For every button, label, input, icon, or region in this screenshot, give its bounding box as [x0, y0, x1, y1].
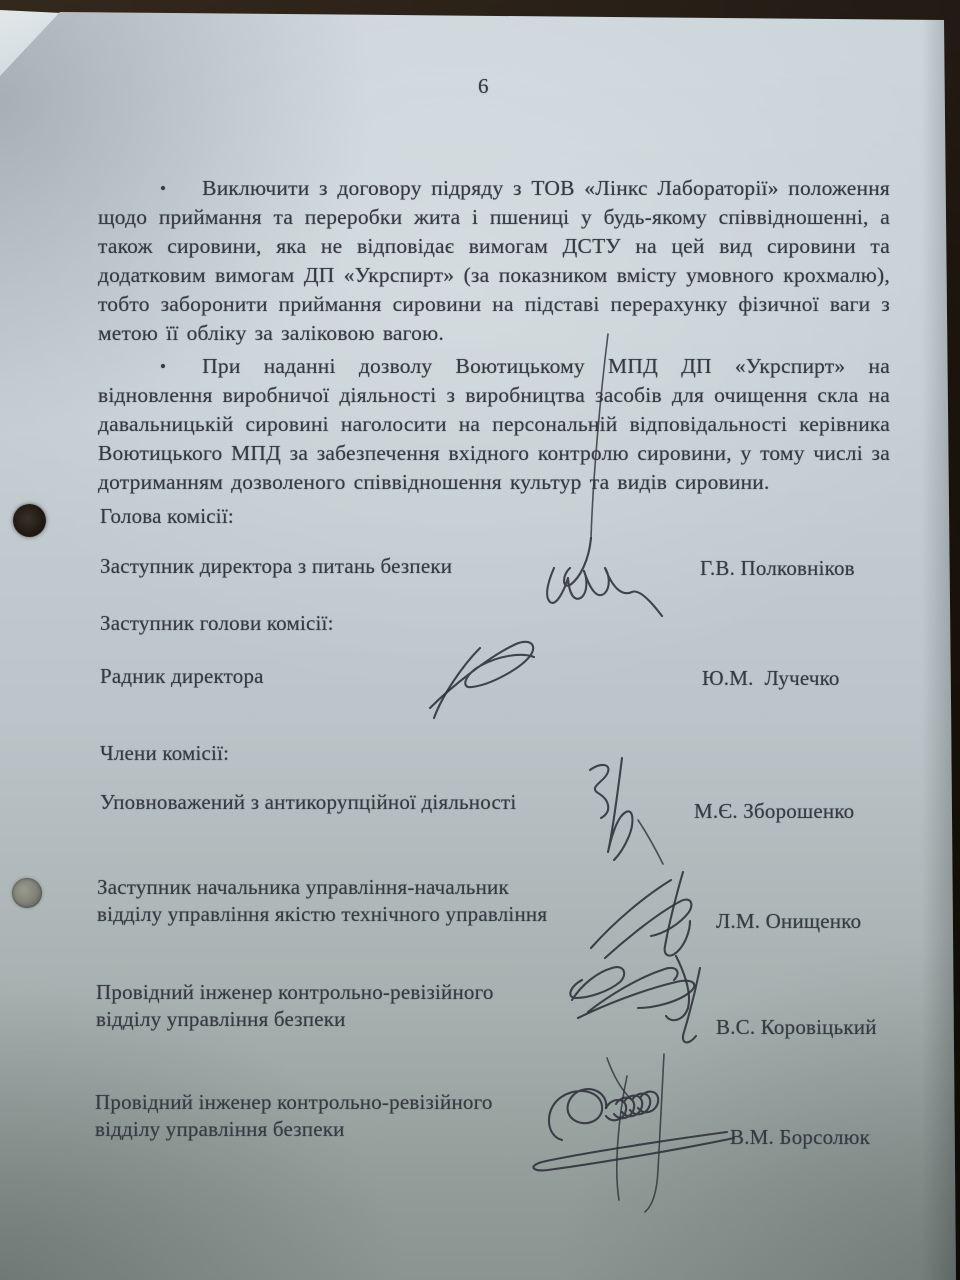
borsoliuk-signature: [512, 1048, 747, 1216]
luchechko-signature: [418, 628, 553, 723]
hole-punch-top: [13, 504, 46, 537]
table-background: 6 •Виключити з договору підряду з ТОВ «Л…: [0, 0, 960, 1280]
signatory-name: М.Є. Зборошенко: [694, 798, 854, 825]
signatory-name: Г.В. Полковніков: [700, 555, 855, 582]
paragraph-text: Виключити з договору підряду з ТОВ «Лінк…: [98, 176, 890, 345]
bullet-icon: •: [160, 179, 166, 198]
signatory-title-line2: відділу управління якістю технічного упр…: [97, 901, 547, 928]
bullet-icon: •: [160, 357, 166, 376]
signatory-title: Провідний інженер контрольно-ревізійного…: [96, 979, 494, 1033]
signatory-title-line2: відділу управління безпеки: [95, 1116, 493, 1143]
polkovnikov-signature: [530, 328, 700, 623]
signatory-title: Провідний інженер контрольно-ревізійного…: [95, 1089, 493, 1143]
bullet-paragraph: •Виключити з договору підряду з ТОВ «Лін…: [98, 174, 890, 348]
section-heading-members: Члени комісії:: [100, 740, 229, 767]
signatory-title: Уповноважений з антикорупційної діяльнос…: [100, 789, 516, 816]
zboroshenko-signature: [556, 750, 671, 870]
section-heading-deputy: Заступник голови комісії:: [100, 610, 334, 637]
signatory-title-line1: Провідний інженер контрольно-ревізійного: [96, 980, 494, 1004]
paper-sheet: 6 •Виключити з договору підряду з ТОВ «Л…: [0, 0, 960, 1280]
bullet-paragraph: •При наданні дозволу Воютицькому МПД ДП …: [98, 352, 890, 497]
signatory-name: Ю.М. Лучечко: [702, 665, 840, 692]
signatory-name: В.С. Коровіцький: [716, 1014, 877, 1041]
paragraph-text: При наданні дозволу Воютицькому МПД ДП «…: [98, 354, 890, 494]
section-heading-head: Голова комісії:: [100, 503, 234, 530]
signatory-title: Заступник директора з питань безпеки: [100, 553, 452, 580]
signatory-title-line1: Провідний інженер контрольно-ревізійного: [95, 1090, 493, 1114]
korovitskyi-signature: [556, 946, 726, 1056]
signatory-title: Радник директора: [100, 663, 264, 690]
signatory-name: В.М. Борсолюк: [730, 1124, 870, 1151]
signatory-name: Л.М. Онищенко: [716, 908, 861, 935]
hole-punch-bottom: [12, 878, 42, 908]
signatory-title-line1: Заступник начальника управління-начальни…: [97, 875, 509, 899]
page-number: 6: [478, 74, 490, 99]
signatory-title: Заступник начальника управління-начальни…: [97, 874, 547, 928]
signatory-title-line2: відділу управління безпеки: [96, 1006, 494, 1033]
